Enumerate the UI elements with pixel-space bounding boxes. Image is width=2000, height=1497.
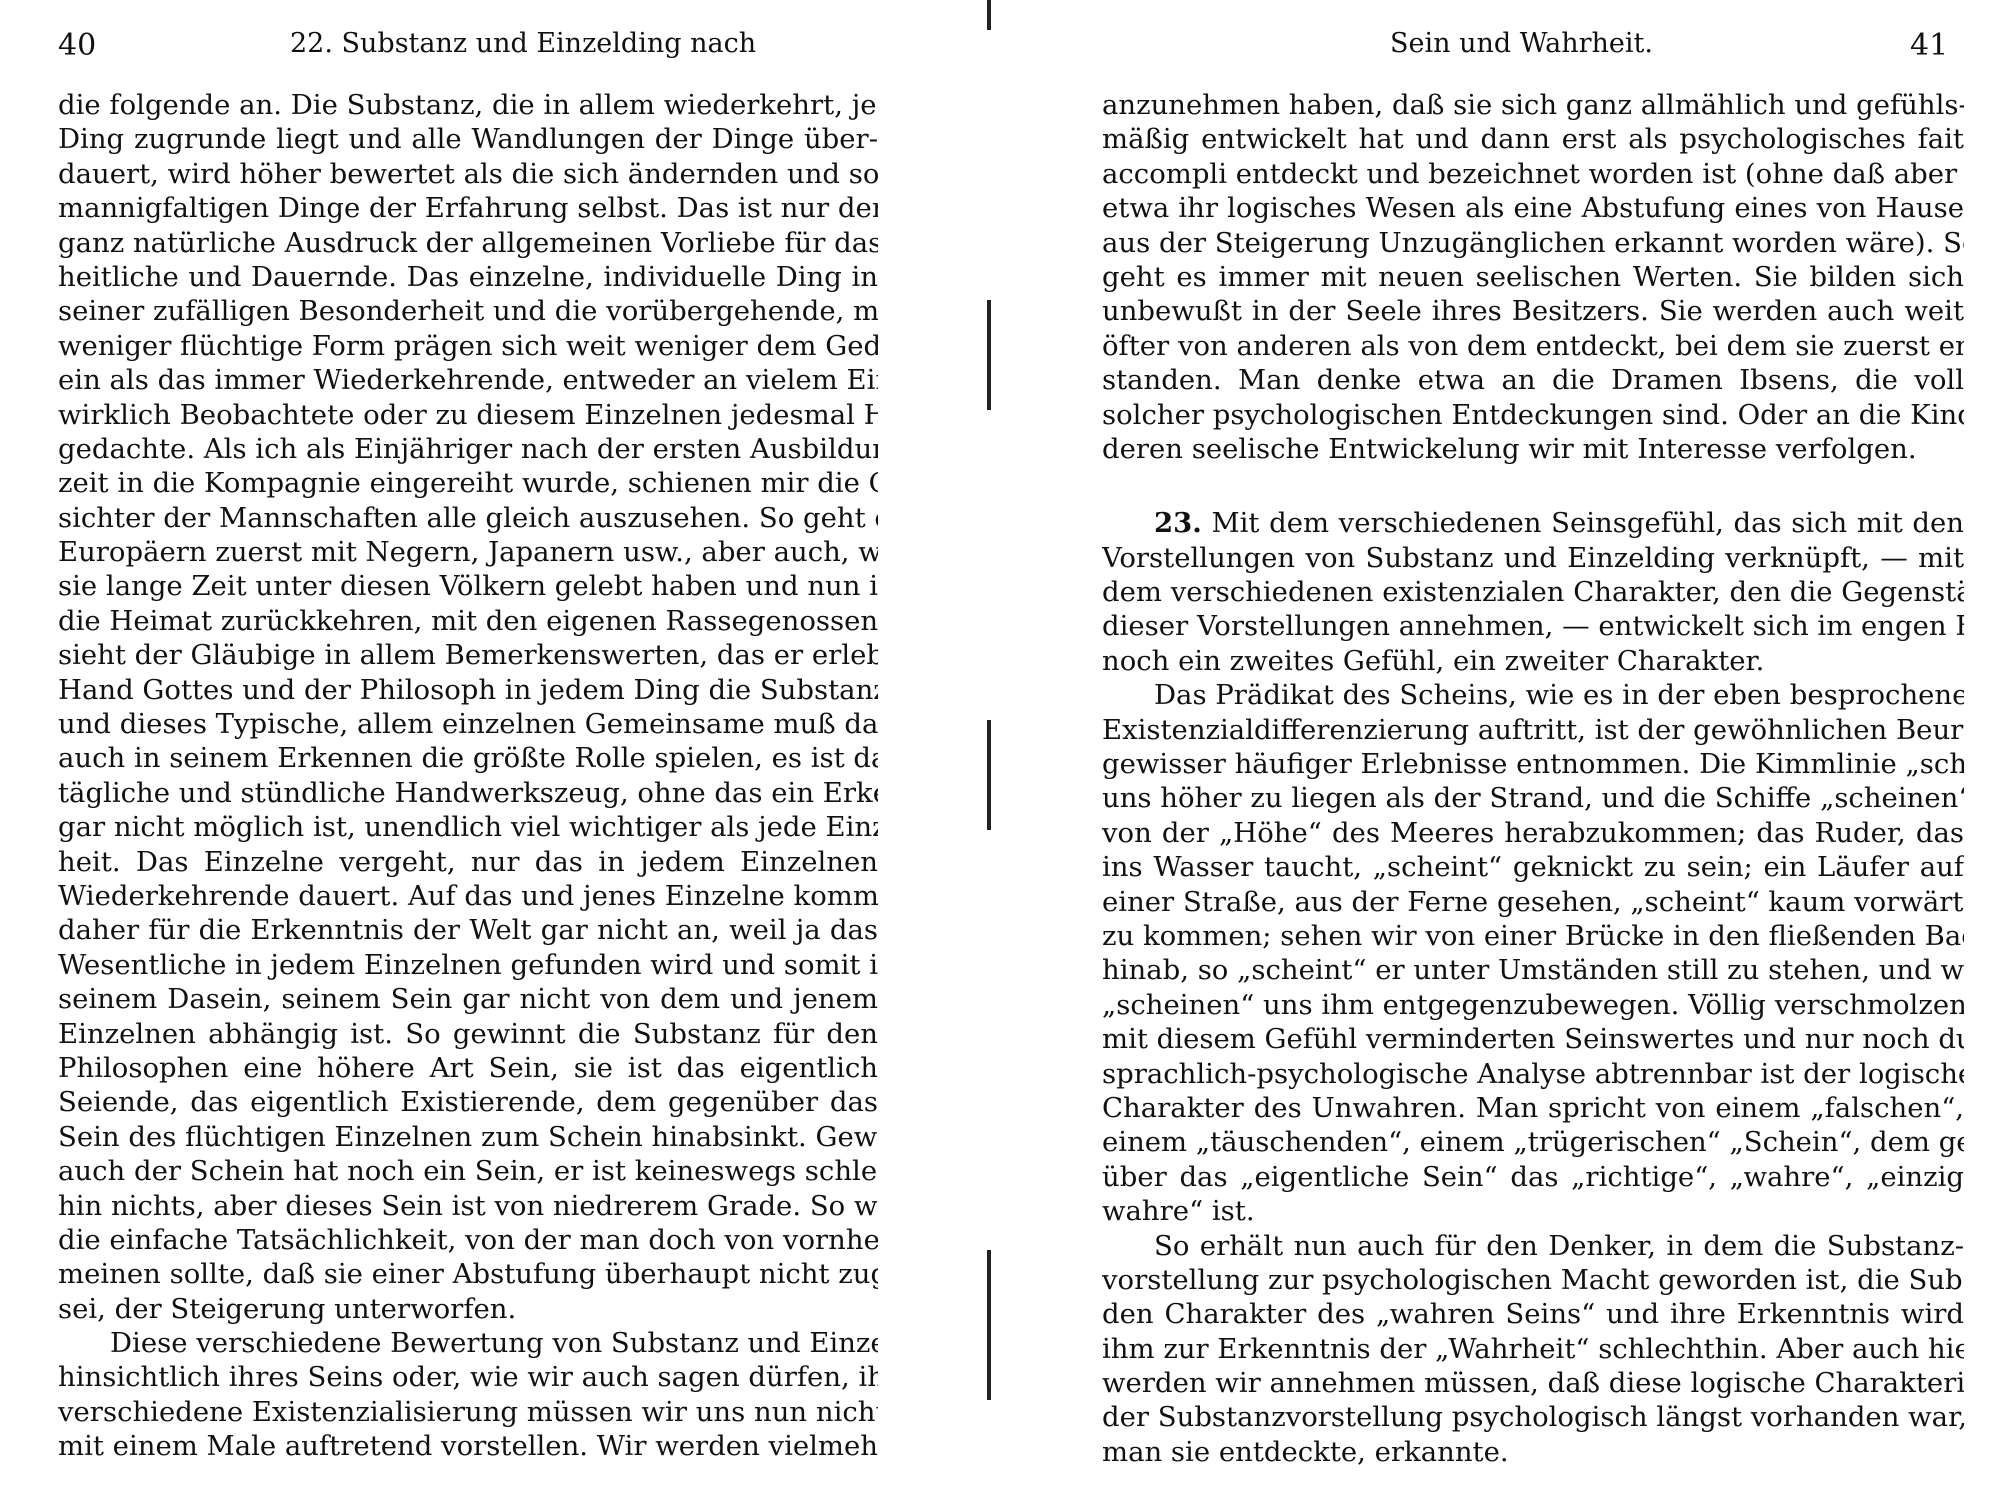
text-line: weniger flüchtige Form prägen sich weit …: [58, 329, 878, 363]
text-line: einem „täuschenden“, einem „trügerischen…: [1102, 1125, 1964, 1159]
text-line: gedachte. Als ich als Einjähriger nach d…: [58, 432, 878, 466]
book-gutter: [985, 0, 993, 1497]
text-line: mäßig entwickelt hat und dann erst als p…: [1102, 122, 1964, 156]
text-line: Philosophen eine höhere Art Sein, sie is…: [58, 1051, 878, 1085]
text-line: auch in seinem Erkennen die größte Rolle…: [58, 741, 878, 775]
section-number: 23.: [1154, 507, 1202, 539]
text-line: standen. Man denke etwa an die Dramen Ib…: [1102, 363, 1964, 397]
running-head-right: Sein und Wahrheit.: [1390, 28, 1653, 59]
text-line: noch ein zweites Gefühl, ein zweiter Cha…: [1102, 644, 1964, 678]
text-line: Europäern zuerst mit Negern, Japanern us…: [58, 535, 878, 569]
text-line: sichter der Mannschaften alle gleich aus…: [58, 501, 878, 535]
text-line: die einfache Tatsächlichkeit, von der ma…: [58, 1223, 878, 1257]
text-line: So erhält nun auch für den Denker, in de…: [1102, 1229, 1964, 1263]
text-line: mit einem Male auftretend vorstellen. Wi…: [58, 1429, 878, 1463]
text-line: ganz natürliche Ausdruck der allgemeinen…: [58, 226, 878, 260]
text-line: gewisser häufiger Erlebnisse entnommen. …: [1102, 747, 1964, 781]
text-line: einer Straße, aus der Ferne gesehen, „sc…: [1102, 885, 1964, 919]
text-line: Sein des flüchtigen Einzelnen zum Schein…: [58, 1120, 878, 1154]
text-line: heitliche und Dauernde. Das einzelne, in…: [58, 260, 878, 294]
text-line: verschiedene Existenzialisierung müssen …: [58, 1395, 878, 1429]
text-line: dauert, wird höher bewertet als die sich…: [58, 157, 878, 191]
text-line: dem verschiedenen existenzialen Charakte…: [1102, 575, 1964, 609]
text-line: die Heimat zurückkehren, mit den eigenen…: [58, 604, 878, 638]
text-line: hinab, so „scheint“ er unter Umständen s…: [1102, 953, 1964, 987]
text-line: geht es immer mit neuen seelischen Werte…: [1102, 260, 1964, 294]
text-line: öfter von anderen als von dem entdeckt, …: [1102, 329, 1964, 363]
text-line: wirklich Beobachtete oder zu diesem Einz…: [58, 398, 878, 432]
text-line: wahre“ ist.: [1102, 1194, 1964, 1228]
text-line: daher für die Erkenntnis der Welt gar ni…: [58, 913, 878, 947]
text-line: werden wir annehmen müssen, daß diese lo…: [1102, 1366, 1964, 1400]
text-line: und dieses Typische, allem einzelnen Gem…: [58, 707, 878, 741]
text-line: „scheinen“ uns ihm entgegenzubewegen. Vö…: [1102, 988, 1964, 1022]
text-line: sie lange Zeit unter diesen Völkern gele…: [58, 569, 878, 603]
text-line: Ding zugrunde liegt und alle Wandlungen …: [58, 122, 878, 156]
text-line: zu kommen; sehen wir von einer Brücke in…: [1102, 919, 1964, 953]
left-page: 40 22. Substanz und Einzelding nach die …: [0, 0, 985, 1497]
text-line: hinsichtlich ihres Seins oder, wie wir a…: [58, 1360, 878, 1394]
text-line: solcher psychologischen Entdeckungen sin…: [1102, 398, 1964, 432]
text-line: Einzelnen abhängig ist. So gewinnt die S…: [58, 1017, 878, 1051]
text-line: Seiende, das eigentlich Existierende, de…: [58, 1085, 878, 1119]
text-line: hin nichts, aber dieses Sein ist von nie…: [58, 1189, 878, 1223]
text-line: dieser Vorstellungen annehmen, — entwick…: [1102, 609, 1964, 643]
text-line: mit diesem Gefühl verminderten Seinswert…: [1102, 1022, 1964, 1056]
text-line: anzunehmen haben, daß sie sich ganz allm…: [1102, 88, 1964, 122]
text-line: gar nicht möglich ist, unendlich viel wi…: [58, 810, 878, 844]
page-number-right: 41: [1910, 28, 1948, 63]
text-line: von der „Höhe“ des Meeres herabzukommen;…: [1102, 816, 1964, 850]
text-line: ein als das immer Wiederkehrende, entwed…: [58, 363, 878, 397]
text-line: Wiederkehrende dauert. Auf das und jenes…: [58, 879, 878, 913]
text-line: Das Prädikat des Scheins, wie es in der …: [1102, 678, 1964, 712]
text-line: seiner zufälligen Besonderheit und die v…: [58, 294, 878, 328]
text-line: man sie entdeckte, erkannte.: [1102, 1435, 1964, 1469]
right-page: Sein und Wahrheit. 41 anzunehmen haben, …: [1000, 0, 2000, 1497]
text-line: zeit in die Kompagnie eingereiht wurde, …: [58, 466, 878, 500]
text-line: sei, der Steigerung unterworfen.: [58, 1292, 878, 1326]
text-line: tägliche und stündliche Handwerkszeug, o…: [58, 776, 878, 810]
text-line: Hand Gottes und der Philosoph in jedem D…: [58, 673, 878, 707]
text-line: uns höher zu liegen als der Strand, und …: [1102, 781, 1964, 815]
text-line: auch der Schein hat noch ein Sein, er is…: [58, 1154, 878, 1188]
text-line: Wesentliche in jedem Einzelnen gefunden …: [58, 948, 878, 982]
text-line: Diese verschiedene Bewertung von Substan…: [58, 1326, 878, 1360]
text-line: Vorstellungen von Substanz und Einzeldin…: [1102, 541, 1964, 575]
section-first-line: 23. Mit dem verschiedenen Seinsgefühl, d…: [1102, 506, 1964, 540]
text-line: ins Wasser taucht, „scheint“ geknickt zu…: [1102, 850, 1964, 884]
text-line: vorstellung zur psychologischen Macht ge…: [1102, 1263, 1964, 1297]
left-page-body: die folgende an. Die Substanz, die in al…: [58, 88, 878, 1464]
text-line: accompli entdeckt und bezeichnet worden …: [1102, 157, 1964, 191]
text-line: heit. Das Einzelne vergeht, nur das in j…: [58, 845, 878, 879]
text-line: unbewußt in der Seele ihres Besitzers. S…: [1102, 294, 1964, 328]
running-head-left: 22. Substanz und Einzelding nach: [290, 28, 756, 59]
text-line: meinen sollte, daß sie einer Abstufung ü…: [58, 1257, 878, 1291]
text-line: ihm zur Erkenntnis der „Wahrheit“ schlec…: [1102, 1332, 1964, 1366]
text-line: seinem Dasein, seinem Sein gar nicht von…: [58, 982, 878, 1016]
text-line: mannigfaltigen Dinge der Erfahrung selbs…: [58, 191, 878, 225]
text-line: Existenzialdifferenzierung auftritt, ist…: [1102, 713, 1964, 747]
text-line: aus der Steigerung Unzugänglichen erkann…: [1102, 226, 1964, 260]
text-line: die folgende an. Die Substanz, die in al…: [58, 88, 878, 122]
text-line: den Charakter des „wahren Seins“ und ihr…: [1102, 1297, 1964, 1331]
page-number-left: 40: [58, 28, 96, 63]
right-page-body: anzunehmen haben, daß sie sich ganz allm…: [1102, 88, 1964, 1469]
text-line: sprachlich-psychologische Analyse abtren…: [1102, 1057, 1964, 1091]
text-line: der Substanzvorstellung psychologisch lä…: [1102, 1400, 1964, 1434]
text-line: deren seelische Entwickelung wir mit Int…: [1102, 432, 1964, 466]
text-line: Charakter des Unwahren. Man spricht von …: [1102, 1091, 1964, 1125]
text-line: sieht der Gläubige in allem Bemerkenswer…: [58, 638, 878, 672]
text-line: etwa ihr logisches Wesen als eine Abstuf…: [1102, 191, 1964, 225]
text-line: über das „eigentliche Sein“ das „richtig…: [1102, 1160, 1964, 1194]
